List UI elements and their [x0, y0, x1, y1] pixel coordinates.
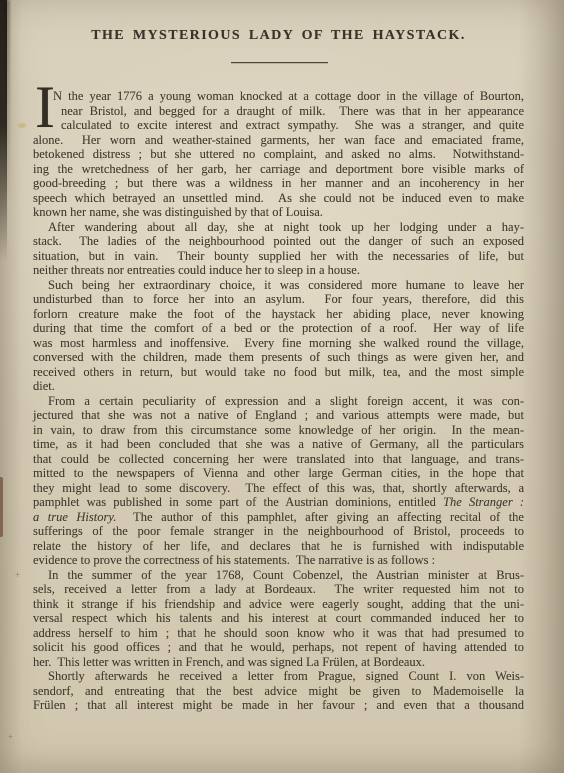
text-segment: speech which betrayed an unsettled mind.…: [33, 191, 524, 205]
text-line: time, as it had been concluded that she …: [33, 437, 524, 452]
paragraph: Shortly afterwards he received a letter …: [33, 669, 524, 713]
text-segment: versal respect which his talents and his…: [33, 611, 524, 625]
text-line: a true History. The author of this pamph…: [33, 510, 524, 525]
text-line: they might lead to some discovery. The e…: [33, 481, 524, 496]
paragraph: After wandering about all day, she at ni…: [33, 220, 524, 278]
text-segment: The author of this pamphlet, after givin…: [116, 510, 524, 524]
fox-spot: [18, 123, 26, 128]
text-line: jectured that she was not a native of En…: [33, 408, 524, 423]
text-segment: ing the wretchedness of her garb, her ca…: [33, 162, 524, 176]
text-segment: sufferings of the poor female stranger i…: [33, 524, 524, 538]
text-segment: Shortly afterwards he received a letter …: [48, 669, 524, 683]
text-segment: jectured that she was not a native of En…: [33, 408, 524, 422]
text-segment: betokened distress ; but she uttered no …: [33, 147, 524, 161]
page-title: THE MYSTERIOUS LADY OF THE HAYSTACK.: [33, 28, 524, 44]
text-segment: After wandering about all day, she at ni…: [48, 220, 524, 234]
text-line: undisturbed than to force her into an as…: [33, 292, 524, 307]
text-line: situation, but in vain. Their bounty sup…: [33, 249, 524, 264]
text-line: sufferings of the poor female stranger i…: [33, 524, 524, 539]
paragraph: IN the year 1776 a young woman knocked a…: [33, 89, 524, 220]
text-line: received others in return, but would tak…: [33, 365, 524, 380]
text-segment: Such being her extraordinary choice, it …: [48, 278, 524, 292]
binding-edge-fade: [5, 0, 10, 200]
text-line: diet.: [33, 379, 524, 394]
text-line: address herself to him ; that he should …: [33, 626, 524, 641]
text-segment: address herself to him ; that he should …: [33, 626, 524, 640]
text-segment: relate the history of her life, and decl…: [33, 539, 524, 553]
text-segment: they might lead to some discovery. The e…: [33, 481, 524, 495]
text-segment: sels, received a letter from a lady at B…: [33, 582, 524, 596]
text-segment: N the year 1776 a young woman knocked at…: [53, 89, 524, 103]
scanned-book-page: + + THE MYSTERIOUS LADY OF THE HAYSTACK.…: [0, 0, 564, 773]
text-segment: solicit his good offices ; and that he w…: [33, 640, 524, 654]
text-segment: undisturbed than to force her into an as…: [33, 292, 524, 306]
text-segment: situation, but in vain. Their bounty sup…: [33, 249, 524, 263]
text-segment: during that time the comfort of a bed or…: [33, 321, 524, 335]
text-line: known her name, she was distinguished by…: [33, 205, 524, 220]
text-line: mitted to the newspapers of Vienna and o…: [33, 466, 524, 481]
text-line: during that time the comfort of a bed or…: [33, 321, 524, 336]
text-segment: that could be collected concerning her w…: [33, 452, 524, 466]
fox-spot: [10, 263, 15, 267]
spine-mark: [0, 477, 3, 537]
text-line: alone. Her worn and weather-stained garm…: [33, 133, 524, 148]
text-segment: time, as it had been concluded that she …: [33, 437, 524, 451]
text-line: sels, received a letter from a lady at B…: [33, 582, 524, 597]
text-segment: known her name, she was distinguished by…: [33, 205, 323, 219]
paragraph: Such being her extraordinary choice, it …: [33, 278, 524, 394]
text-line: Such being her extraordinary choice, it …: [33, 278, 524, 293]
text-segment: forlorn creature make the foot of the ha…: [33, 307, 524, 321]
text-segment: In the summer of the year 1768, Count Co…: [48, 568, 524, 582]
text-line: was most harmless and inoffensive. Every…: [33, 336, 524, 351]
text-line: good-breeding ; but there was a wildness…: [33, 176, 524, 191]
text-segment: evidence to prove the correctness of his…: [33, 553, 435, 567]
text-line: Frülen ; that all interest might be made…: [33, 698, 524, 713]
text-segment: Frülen ; that all interest might be made…: [33, 698, 524, 712]
text-segment: think it strange if his friendship and a…: [33, 597, 524, 611]
text-line: speech which betrayed an unsettled mind.…: [33, 191, 524, 206]
text-line: pamphlet was published in some part of t…: [33, 495, 524, 510]
text-line: From a certain peculiarity of expression…: [33, 394, 524, 409]
title-divider: [231, 62, 328, 63]
text-segment: mitted to the newspapers of Vienna and o…: [33, 466, 524, 480]
text-line: forlorn creature make the foot of the ha…: [33, 307, 524, 322]
text-segment: pamphlet was published in some part of t…: [33, 495, 443, 509]
registration-mark: +: [15, 571, 20, 580]
italic-text: The Stranger :: [443, 495, 524, 509]
text-segment: her. This letter was written in French, …: [33, 655, 425, 669]
text-segment: From a certain peculiarity of expression…: [48, 394, 524, 408]
text-segment: stack. The ladies of the neighbourhood p…: [33, 234, 524, 248]
text-line: versal respect which his talents and his…: [33, 611, 524, 626]
italic-text: a true History.: [33, 510, 116, 524]
body-text: IN the year 1776 a young woman knocked a…: [33, 89, 524, 713]
text-line: solicit his good offices ; and that he w…: [33, 640, 524, 655]
text-segment: received others in return, but would tak…: [33, 365, 524, 379]
text-line: that could be collected concerning her w…: [33, 452, 524, 467]
text-line: After wandering about all day, she at ni…: [33, 220, 524, 235]
text-line: calculated to excite interest and extrac…: [33, 118, 524, 133]
drop-cap: I: [35, 77, 55, 137]
text-segment: near Bristol, and begged for a draught o…: [61, 104, 524, 118]
text-segment: was most harmless and inoffensive. Every…: [33, 336, 524, 350]
text-line: betokened distress ; but she uttered no …: [33, 147, 524, 162]
text-line: neither threats nor entreaties could ind…: [33, 263, 524, 278]
text-segment: calculated to excite interest and extrac…: [61, 118, 524, 132]
text-line: think it strange if his friendship and a…: [33, 597, 524, 612]
text-segment: in vain, to draw from this circumstance …: [33, 423, 524, 437]
text-line: In the summer of the year 1768, Count Co…: [33, 568, 524, 583]
paragraph: From a certain peculiarity of expression…: [33, 394, 524, 568]
registration-mark: +: [8, 733, 13, 742]
text-segment: neither threats nor entreaties could ind…: [33, 263, 360, 277]
text-line: sendorf, and entreating that the best ad…: [33, 684, 524, 699]
text-line: N the year 1776 a young woman knocked at…: [33, 89, 524, 104]
text-line: conversed with the children, made them p…: [33, 350, 524, 365]
text-segment: alone. Her worn and weather-stained garm…: [33, 133, 524, 147]
text-line: ing the wretchedness of her garb, her ca…: [33, 162, 524, 177]
text-segment: diet.: [33, 379, 55, 393]
text-segment: good-breeding ; but there was a wildness…: [33, 176, 524, 190]
text-line: near Bristol, and begged for a draught o…: [33, 104, 524, 119]
text-line: evidence to prove the correctness of his…: [33, 553, 524, 568]
text-line: in vain, to draw from this circumstance …: [33, 423, 524, 438]
paragraph: In the summer of the year 1768, Count Co…: [33, 568, 524, 670]
text-line: her. This letter was written in French, …: [33, 655, 524, 670]
text-segment: conversed with the children, made them p…: [33, 350, 524, 364]
text-line: Shortly afterwards he received a letter …: [33, 669, 524, 684]
text-segment: sendorf, and entreating that the best ad…: [33, 684, 524, 698]
text-line: relate the history of her life, and decl…: [33, 539, 524, 554]
text-line: stack. The ladies of the neighbourhood p…: [33, 234, 524, 249]
